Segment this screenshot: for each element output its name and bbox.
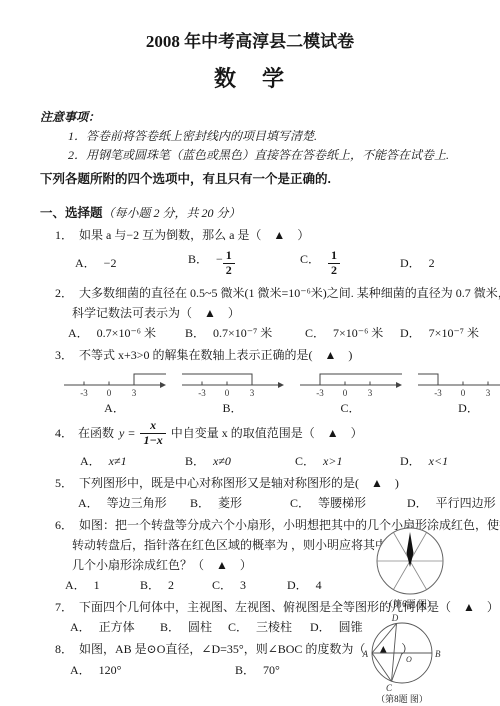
option-b: B．圆柱 [160, 617, 228, 637]
option-letter: B． [180, 401, 285, 415]
fraction: x1−x [140, 419, 165, 446]
svg-text:0: 0 [461, 388, 466, 398]
option-c: C．x>1 [295, 451, 400, 471]
option-d: D．平行四边形 [407, 493, 500, 513]
svg-text:D: D [391, 613, 399, 623]
question-stem: 如果 a 与−2 互为倒数，那么 a 是（ ▲ ） [79, 228, 309, 242]
question-number: 4． [55, 423, 73, 443]
number-line-option-d: -3 0 3 D． [416, 369, 500, 415]
option-b: B．−12 [188, 249, 300, 276]
number-line-option-a: -3 0 3 A． [62, 369, 167, 415]
option-c: C．12 [300, 249, 400, 276]
svg-text:3: 3 [132, 388, 137, 398]
option-a: A．0.7×10⁻⁶ 米 [68, 323, 185, 343]
svg-text:0: 0 [343, 388, 348, 398]
svg-text:-3: -3 [198, 388, 206, 398]
option-d: D．2 [400, 253, 500, 273]
section-heading: 一、选择题（每小题 2 分，共 20 分） [40, 203, 500, 223]
svg-text:A: A [362, 649, 369, 659]
circle-diagram-icon: D A B O C [356, 612, 448, 692]
question-number: 6． [55, 518, 73, 532]
option-letter: A． [62, 401, 167, 415]
figure-caption: （第6题 图） [372, 598, 448, 610]
question-number: 8． [55, 642, 73, 656]
option-a: A．−2 [75, 253, 188, 273]
option-d: D．7×10⁻⁷ 米 [400, 323, 500, 343]
question-stem: 不等式 x+3>0 的解集在数轴上表示正确的是( ▲ ) [79, 348, 352, 362]
question-5-options: A．等边三角形 B．菱形 C．等腰梯形 D．平行四边形 [78, 493, 500, 513]
number-line-d-icon: -3 0 3 [416, 369, 500, 399]
number-line-c-icon: -3 0 3 [298, 369, 403, 399]
question-1-options: A．−2 B．−12 C．12 D．2 [75, 245, 500, 281]
option-a: A．等边三角形 [78, 493, 190, 513]
number-line-option-b: -3 0 3 B． [180, 369, 285, 415]
question-4-options: A．x≠1 B．x≠0 C．x>1 D．x<1 [80, 451, 500, 471]
notice-heading: 注意事项： [40, 108, 500, 127]
option-letter: C． [298, 401, 403, 415]
section-meta: （每小题 2 分，共 20 分） [103, 206, 241, 220]
option-a: A．正方体 [70, 617, 160, 637]
question-number: 3． [55, 348, 73, 362]
question-2-options: A．0.7×10⁻⁶ 米 B．0.7×10⁻⁷ 米 C．7×10⁻⁶ 米 D．7… [68, 323, 500, 343]
svg-text:O: O [406, 655, 412, 664]
question-4: 4． 在函数 y = x1−x 中自变量 x 的取值范围是（ ▲ ） [55, 415, 500, 451]
option-b: B．菱形 [190, 493, 290, 513]
question-5: 5．下列图形中，既是中心对称图形又是轴对称图形的是( ▲ ) [55, 473, 500, 493]
question-stem-pre: 在函数 [78, 423, 114, 443]
option-a: A．120° [70, 659, 235, 681]
question-3: 3．不等式 x+3>0 的解集在数轴上表示正确的是( ▲ ) [55, 345, 500, 365]
svg-text:C: C [386, 683, 393, 692]
option-c: C．3 [212, 575, 287, 595]
fraction: 12 [328, 249, 340, 276]
number-line-option-c: -3 0 3 C． [298, 369, 403, 415]
option-a: A．1 [65, 575, 140, 595]
question-2-stem-cont: 科学记数法可表示为（ ▲ ） [72, 303, 500, 323]
svg-text:0: 0 [107, 388, 112, 398]
exam-subject: 数 学 [0, 64, 500, 94]
general-instruction: 下列各题所附的四个选项中，有且只有一个是正确的. [40, 169, 500, 189]
question-number: 7． [55, 600, 73, 614]
svg-text:B: B [435, 649, 441, 659]
figure-caption: （第8题 图） [356, 693, 448, 705]
svg-text:3: 3 [250, 388, 255, 398]
option-letter: D． [416, 401, 500, 415]
section-title: 一、选择题 [40, 206, 103, 220]
number-line-a-icon: -3 0 3 [62, 369, 167, 399]
spinner-figure: （第6题 图） [372, 525, 448, 610]
question-1: 1．如果 a 与−2 互为倒数，那么 a 是（ ▲ ） [55, 225, 500, 245]
option-d: D．x<1 [400, 451, 500, 471]
option-c: C．7×10⁻⁶ 米 [305, 323, 400, 343]
question-number: 2． [55, 286, 73, 300]
svg-text:-3: -3 [434, 388, 442, 398]
question-stem-post: 中自变量 x 的取值范围是（ ▲ ） [171, 423, 363, 443]
svg-text:-3: -3 [316, 388, 324, 398]
fraction: 12 [223, 249, 235, 276]
exam-title: 2008 年中考高淳县二模试卷 [0, 0, 500, 54]
option-c: C．三棱柱 [228, 617, 310, 637]
svg-text:3: 3 [368, 388, 373, 398]
question-3-figures: -3 0 3 A． -3 0 3 B． [62, 369, 500, 415]
spinner-wheel-icon [374, 525, 446, 597]
question-number: 1． [55, 228, 73, 242]
question-stem: 下列图形中，既是中心对称图形又是轴对称图形的是( ▲ ) [79, 476, 399, 490]
question-stem: 大多数细菌的直径在 0.5~5 微米(1 微米=10⁻⁶米)之间. 某种细菌的直… [79, 286, 500, 300]
option-b: B．2 [140, 575, 212, 595]
question-number: 5． [55, 476, 73, 490]
svg-text:-3: -3 [80, 388, 88, 398]
notice-item-2: 2．用钢笔或圆珠笔（蓝色或黑色）直接答在答卷纸上，不能答在试卷上. [68, 146, 500, 165]
option-a: A．x≠1 [80, 451, 185, 471]
option-c: C．等腰梯形 [290, 493, 407, 513]
question-2: 2．大多数细菌的直径在 0.5~5 微米(1 微米=10⁻⁶米)之间. 某种细菌… [55, 283, 500, 303]
notice-item-1: 1．答卷前将答卷纸上密封线内的项目填写清楚. [68, 127, 500, 146]
formula-lhs: y = [119, 423, 135, 443]
number-line-b-icon: -3 0 3 [180, 369, 285, 399]
svg-text:3: 3 [486, 388, 491, 398]
circle-figure: D A B O C （第8题 图） [356, 612, 448, 705]
option-b: B．x≠0 [185, 451, 295, 471]
svg-text:0: 0 [225, 388, 230, 398]
exam-paper-page: 2008 年中考高淳县二模试卷 数 学 注意事项： 1．答卷前将答卷纸上密封线内… [0, 0, 500, 706]
option-b: B．0.7×10⁻⁷ 米 [185, 323, 305, 343]
